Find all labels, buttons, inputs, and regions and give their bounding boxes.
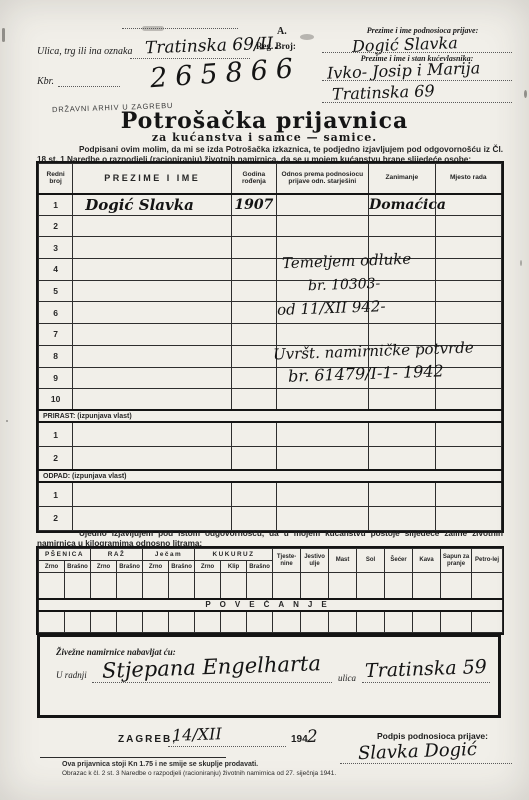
occupation-cell — [369, 482, 435, 506]
workplace-cell — [435, 259, 501, 281]
cell — [195, 611, 221, 633]
shop-street-handwritten: Tratinska 59 — [365, 658, 487, 681]
person-row: 1 Dogić Slavka 1907 Domaćica — [39, 194, 502, 216]
year-cell — [232, 302, 276, 324]
person-row: 2 — [39, 215, 502, 237]
name-cell — [73, 237, 232, 259]
row-number: 6 — [39, 302, 73, 324]
cell — [169, 573, 195, 599]
group-corn: KUKURUZ — [195, 549, 273, 561]
row-number: 9 — [39, 367, 73, 389]
row-number: 4 — [39, 259, 73, 281]
form-subtitle: za kućanstva i samce — samice. — [0, 131, 529, 144]
name-cell — [73, 280, 232, 302]
cell — [221, 611, 247, 633]
persons-header-row: Redni broj PREZIME I IME Godina rođenja … — [39, 164, 502, 194]
shop-ulica-label: ulica — [338, 673, 356, 683]
year-cell — [232, 446, 276, 470]
house-number-rule — [58, 86, 120, 87]
row-number: 5 — [39, 280, 73, 302]
owner-handwritten: Ivko- Josip i Marija — [327, 60, 481, 81]
occupation-cell — [369, 215, 435, 237]
name-cell — [73, 482, 232, 506]
cell — [357, 573, 385, 599]
odpad-section-header: ODPAD: (izpunjava vlast) — [39, 470, 502, 482]
supplies-table: PŠENICA RAŽ Ječam KUKURUZ Tjeste-nine Je… — [36, 546, 504, 635]
row-number: 2 — [39, 506, 73, 530]
prirast-row: 2 — [39, 446, 502, 470]
cell — [247, 573, 273, 599]
person-row: 5 — [39, 280, 502, 302]
col-oil: Jestivo ulje — [301, 549, 329, 573]
cell — [39, 611, 65, 633]
sub-grain: Zrno — [195, 561, 221, 573]
year-cell — [232, 280, 276, 302]
relation-cell — [276, 194, 369, 216]
shop-name-rule — [92, 682, 332, 683]
cell — [273, 611, 301, 633]
shop-name-handwritten: Stjepana Engelharta — [102, 653, 322, 682]
signature-rule — [340, 763, 512, 764]
relation-cell — [276, 215, 369, 237]
house-number-label: Kbr. — [37, 76, 54, 87]
cell — [143, 573, 169, 599]
prirast-label: PRIRAST: (izpunjava vlast) — [39, 410, 502, 422]
occupation-cell — [369, 446, 435, 470]
cell — [39, 573, 65, 599]
shop-street-rule — [362, 682, 490, 683]
workplace-cell — [435, 367, 501, 389]
cell — [441, 573, 472, 599]
odpad-row: 1 — [39, 482, 502, 506]
supplies-entry-row — [39, 611, 503, 633]
year-cell — [232, 215, 276, 237]
cell — [472, 573, 503, 599]
sub-flour: Brašno — [247, 561, 273, 573]
reg-letter: A. — [277, 26, 287, 37]
row-number: 8 — [39, 345, 73, 367]
occupation-cell — [369, 506, 435, 530]
relation-cell — [276, 446, 369, 470]
year-cell — [232, 367, 276, 389]
scan-artifact — [6, 420, 8, 422]
cell — [65, 611, 91, 633]
row-number: 7 — [39, 324, 73, 346]
year-cell — [232, 259, 276, 281]
group-barley: Ječam — [143, 549, 195, 561]
year-cell — [232, 389, 276, 411]
row-number: 1 — [39, 194, 73, 216]
year-cell — [232, 345, 276, 367]
scan-artifact — [300, 34, 314, 40]
year-handwritten: 2 — [307, 729, 318, 746]
cell — [329, 573, 357, 599]
scan-artifact — [524, 90, 527, 98]
row-number: 2 — [39, 215, 73, 237]
shop-declaration-box: Živežne namirnice nabavljat ću: U radnji… — [37, 634, 501, 718]
col-header-relation: Odnos prema podnosiocu prijave odn. star… — [276, 164, 369, 194]
cell — [117, 611, 143, 633]
relation-cell — [276, 389, 369, 411]
occupation-cell — [369, 389, 435, 411]
person-row: 3 — [39, 237, 502, 259]
annotation-decision-number: br. 10303- — [308, 277, 381, 294]
cell — [91, 573, 117, 599]
workplace-cell — [435, 482, 501, 506]
col-header-workplace: Mjesto rada — [435, 164, 501, 194]
workplace-cell — [435, 422, 501, 446]
sub-grain: Zrno — [143, 561, 169, 573]
annotation-decision-date: od 11/XII 942- — [277, 299, 386, 318]
form-reference-note: Obrazac k čl. 2 st. 3 Naredbe o razpodje… — [62, 770, 336, 777]
col-header-num: Redni broj — [39, 164, 73, 194]
row-number: 1 — [39, 482, 73, 506]
owner-address-handwritten: Tratinska 69 — [332, 83, 435, 103]
cell — [413, 611, 441, 633]
name-cell — [73, 367, 232, 389]
scan-artifact — [520, 260, 522, 266]
owner-address-rule — [322, 102, 512, 103]
row-number: 1 — [39, 422, 73, 446]
name-cell — [73, 302, 232, 324]
cell — [143, 611, 169, 633]
shop-intro-label: Živežne namirnice nabavljat ću: — [56, 647, 176, 657]
occupation-cell: Domaćica — [369, 194, 435, 216]
workplace-cell — [435, 389, 501, 411]
name-cell — [73, 506, 232, 530]
col-header-year: Godina rođenja — [232, 164, 276, 194]
cell — [221, 573, 247, 599]
workplace-cell — [435, 446, 501, 470]
col-header-name: PREZIME I IME — [73, 164, 232, 194]
scanned-form-page: Ulica, trg ili ina oznaka Tratinska 69/I… — [0, 0, 529, 800]
cell — [329, 611, 357, 633]
price-note: Ova prijavnica stoji Kn 1.75 i ne smije … — [62, 761, 258, 768]
cell — [385, 573, 413, 599]
col-sugar: Šećer — [385, 549, 413, 573]
cell — [247, 611, 273, 633]
signature-handwritten: Slavka Dogić — [358, 741, 478, 763]
supplies-group-header-row: PŠENICA RAŽ Ječam KUKURUZ Tjeste-nine Je… — [39, 549, 503, 561]
cell — [195, 573, 221, 599]
odpad-label: ODPAD: (izpunjava vlast) — [39, 470, 502, 482]
relation-cell — [276, 482, 369, 506]
registry-number-handwritten: 265866 — [149, 55, 302, 92]
date-handwritten: 14/XII — [172, 726, 222, 744]
prirast-row: 1 — [39, 422, 502, 446]
sub-grain: Zrno — [39, 561, 65, 573]
person-row: 4 — [39, 259, 502, 281]
name-cell: Dogić Slavka — [73, 194, 232, 216]
blank-rule — [122, 28, 238, 29]
footnote-rule — [40, 757, 226, 758]
person-row: 6 — [39, 302, 502, 324]
group-wheat: PŠENICA — [39, 549, 91, 561]
year-cell — [232, 422, 276, 446]
cell — [385, 611, 413, 633]
year-cell — [232, 506, 276, 530]
col-pasta: Tjeste-nine — [273, 549, 301, 573]
name-cell — [73, 422, 232, 446]
year-cell — [232, 237, 276, 259]
cell — [91, 611, 117, 633]
col-salt: Sol — [357, 549, 385, 573]
cell — [441, 611, 472, 633]
supplies-entry-row — [39, 573, 503, 599]
name-cell — [73, 389, 232, 411]
row-number: 10 — [39, 389, 73, 411]
name-cell — [73, 345, 232, 367]
cell — [117, 573, 143, 599]
name-cell — [73, 446, 232, 470]
row-number: 2 — [39, 446, 73, 470]
year-printed: 194 — [291, 734, 308, 745]
name-cell — [73, 324, 232, 346]
sub-flour: Brašno — [117, 561, 143, 573]
increase-band-row: POVEĆANJE — [39, 599, 503, 611]
increase-band-label: POVEĆANJE — [39, 599, 503, 611]
col-header-occupation: Zanimanje — [369, 164, 435, 194]
col-coffee: Kava — [413, 549, 441, 573]
prirast-section-header: PRIRAST: (izpunjava vlast) — [39, 410, 502, 422]
occupation-cell — [369, 422, 435, 446]
cell — [301, 611, 329, 633]
cell — [301, 573, 329, 599]
cell — [357, 611, 385, 633]
col-lard: Mast — [329, 549, 357, 573]
shop-radnji-label: U radnji — [56, 670, 87, 680]
sub-flour: Brašno — [169, 561, 195, 573]
reg-number-label: Reg. Broj: — [256, 41, 296, 51]
cell — [169, 611, 195, 633]
workplace-cell — [435, 237, 501, 259]
scan-artifact — [2, 28, 5, 42]
sub-flour: Brašno — [65, 561, 91, 573]
group-rye: RAŽ — [91, 549, 143, 561]
row-number: 3 — [39, 237, 73, 259]
sub-cob: Klip — [221, 561, 247, 573]
cell — [65, 573, 91, 599]
odpad-row: 2 — [39, 506, 502, 530]
cell — [472, 611, 503, 633]
year-cell: 1907 — [232, 194, 276, 216]
date-rule — [168, 746, 286, 747]
workplace-cell — [435, 280, 501, 302]
year-cell — [232, 324, 276, 346]
workplace-cell — [435, 215, 501, 237]
sub-grain: Zrno — [91, 561, 117, 573]
cell — [273, 573, 301, 599]
city-label: ZAGREB, — [118, 734, 177, 745]
col-petroleum: Petro-lej — [472, 549, 503, 573]
person-row: 10 — [39, 389, 502, 411]
col-soap: Sapun za pranje — [441, 549, 472, 573]
workplace-cell — [435, 302, 501, 324]
relation-cell — [276, 422, 369, 446]
year-cell — [232, 482, 276, 506]
relation-cell — [276, 506, 369, 530]
name-cell — [73, 215, 232, 237]
workplace-cell — [435, 506, 501, 530]
applicant-rule — [322, 52, 512, 53]
street-label: Ulica, trg ili ina oznaka — [37, 46, 132, 57]
annotation-decision: Temeljem odluke — [282, 252, 412, 272]
cell — [413, 573, 441, 599]
name-cell — [73, 259, 232, 281]
